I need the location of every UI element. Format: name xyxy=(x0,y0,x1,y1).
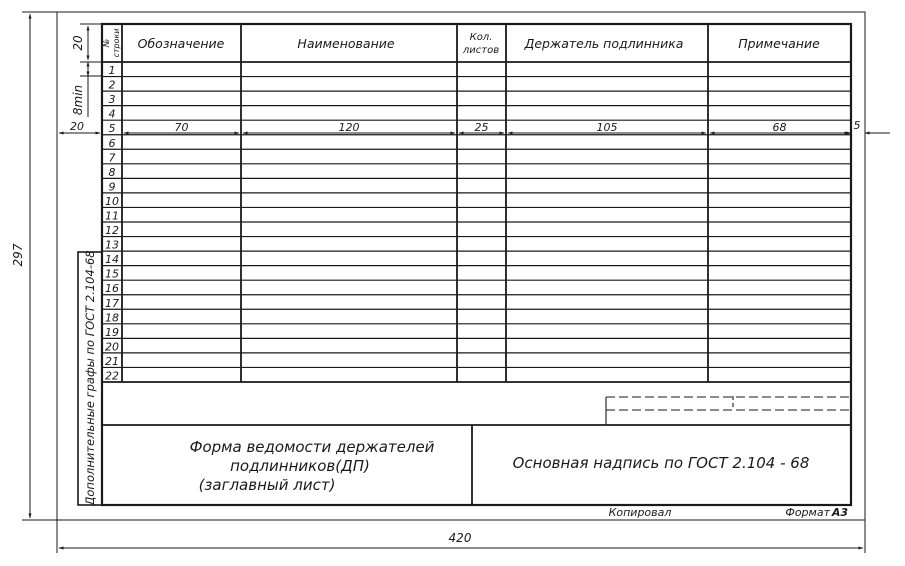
dim-sheet-height-label: 297 xyxy=(11,243,25,266)
header-row-no-2: строки xyxy=(112,28,121,57)
dim-header-height-label: 20 xyxy=(71,35,85,51)
row-number: 17 xyxy=(105,297,119,310)
dim-left-margin-label: 20 xyxy=(70,120,84,133)
row-number: 20 xyxy=(105,340,119,353)
form-title-line1: Форма ведомости держателей xyxy=(190,438,435,456)
dim-row-height-label: 8min xyxy=(71,85,85,115)
header-sheets-1: Кол. xyxy=(470,32,493,43)
header-designation: Обозначение xyxy=(138,36,225,51)
row-number: 5 xyxy=(109,122,116,135)
row-number: 14 xyxy=(105,253,119,266)
column-width-label: 70 xyxy=(175,121,189,134)
row-number: 8 xyxy=(109,166,116,179)
dashed-extra-graphs xyxy=(606,396,851,425)
row-number: 9 xyxy=(109,180,116,193)
row-number: 18 xyxy=(105,311,119,324)
dim-right-margin-label: 5 xyxy=(854,119,861,132)
row-number: 3 xyxy=(109,93,116,106)
row-number: 13 xyxy=(105,239,119,252)
format-label: Формат xyxy=(785,506,830,519)
row-number: 7 xyxy=(109,151,116,164)
header-holder: Держатель подлинника xyxy=(524,36,684,51)
row-number: 6 xyxy=(109,137,116,150)
row-number: 15 xyxy=(105,268,119,281)
column-width-label: 25 xyxy=(475,121,489,134)
row-number: 21 xyxy=(105,355,119,368)
header-sheets-2: листов xyxy=(462,45,499,56)
side-strip-label: Дополнительные графы по ГОСТ 2.104-68 xyxy=(83,250,97,506)
row-number: 19 xyxy=(105,326,119,339)
column-width-label: 105 xyxy=(597,121,618,134)
header-note: Примечание xyxy=(738,36,820,51)
dim-sheet-width-label: 420 xyxy=(449,531,472,545)
format-value: А3 xyxy=(831,506,849,519)
copied-label: Копировал xyxy=(609,506,672,519)
dim-sheet-height xyxy=(22,12,57,520)
row-number: 2 xyxy=(109,79,116,92)
main-inscription: Основная надпись по ГОСТ 2.104 - 68 xyxy=(513,454,810,472)
column-dimension-labels: 701202510568 xyxy=(175,121,787,134)
header-name: Наименование xyxy=(297,36,394,51)
header-row-no-1: № xyxy=(102,39,111,48)
form-title-line3: (заглавный лист) xyxy=(199,476,336,494)
row-number: 12 xyxy=(105,224,119,237)
column-borders xyxy=(122,24,708,382)
row-number: 16 xyxy=(105,282,119,295)
row-number: 4 xyxy=(109,108,116,121)
form-title-line2: подлинников(ДП) xyxy=(230,457,370,475)
drawing-sheet: Дополнительные графы по ГОСТ 2.104-68 № … xyxy=(0,0,905,566)
column-width-label: 120 xyxy=(339,121,360,134)
row-number: 1 xyxy=(109,64,116,77)
row-number: 11 xyxy=(105,210,119,223)
row-number: 22 xyxy=(105,370,119,383)
inner-frame xyxy=(102,24,851,505)
column-width-label: 68 xyxy=(773,121,787,134)
row-numbers: 12345678910111213141516171819202122 xyxy=(105,64,119,382)
row-number: 10 xyxy=(105,195,119,208)
